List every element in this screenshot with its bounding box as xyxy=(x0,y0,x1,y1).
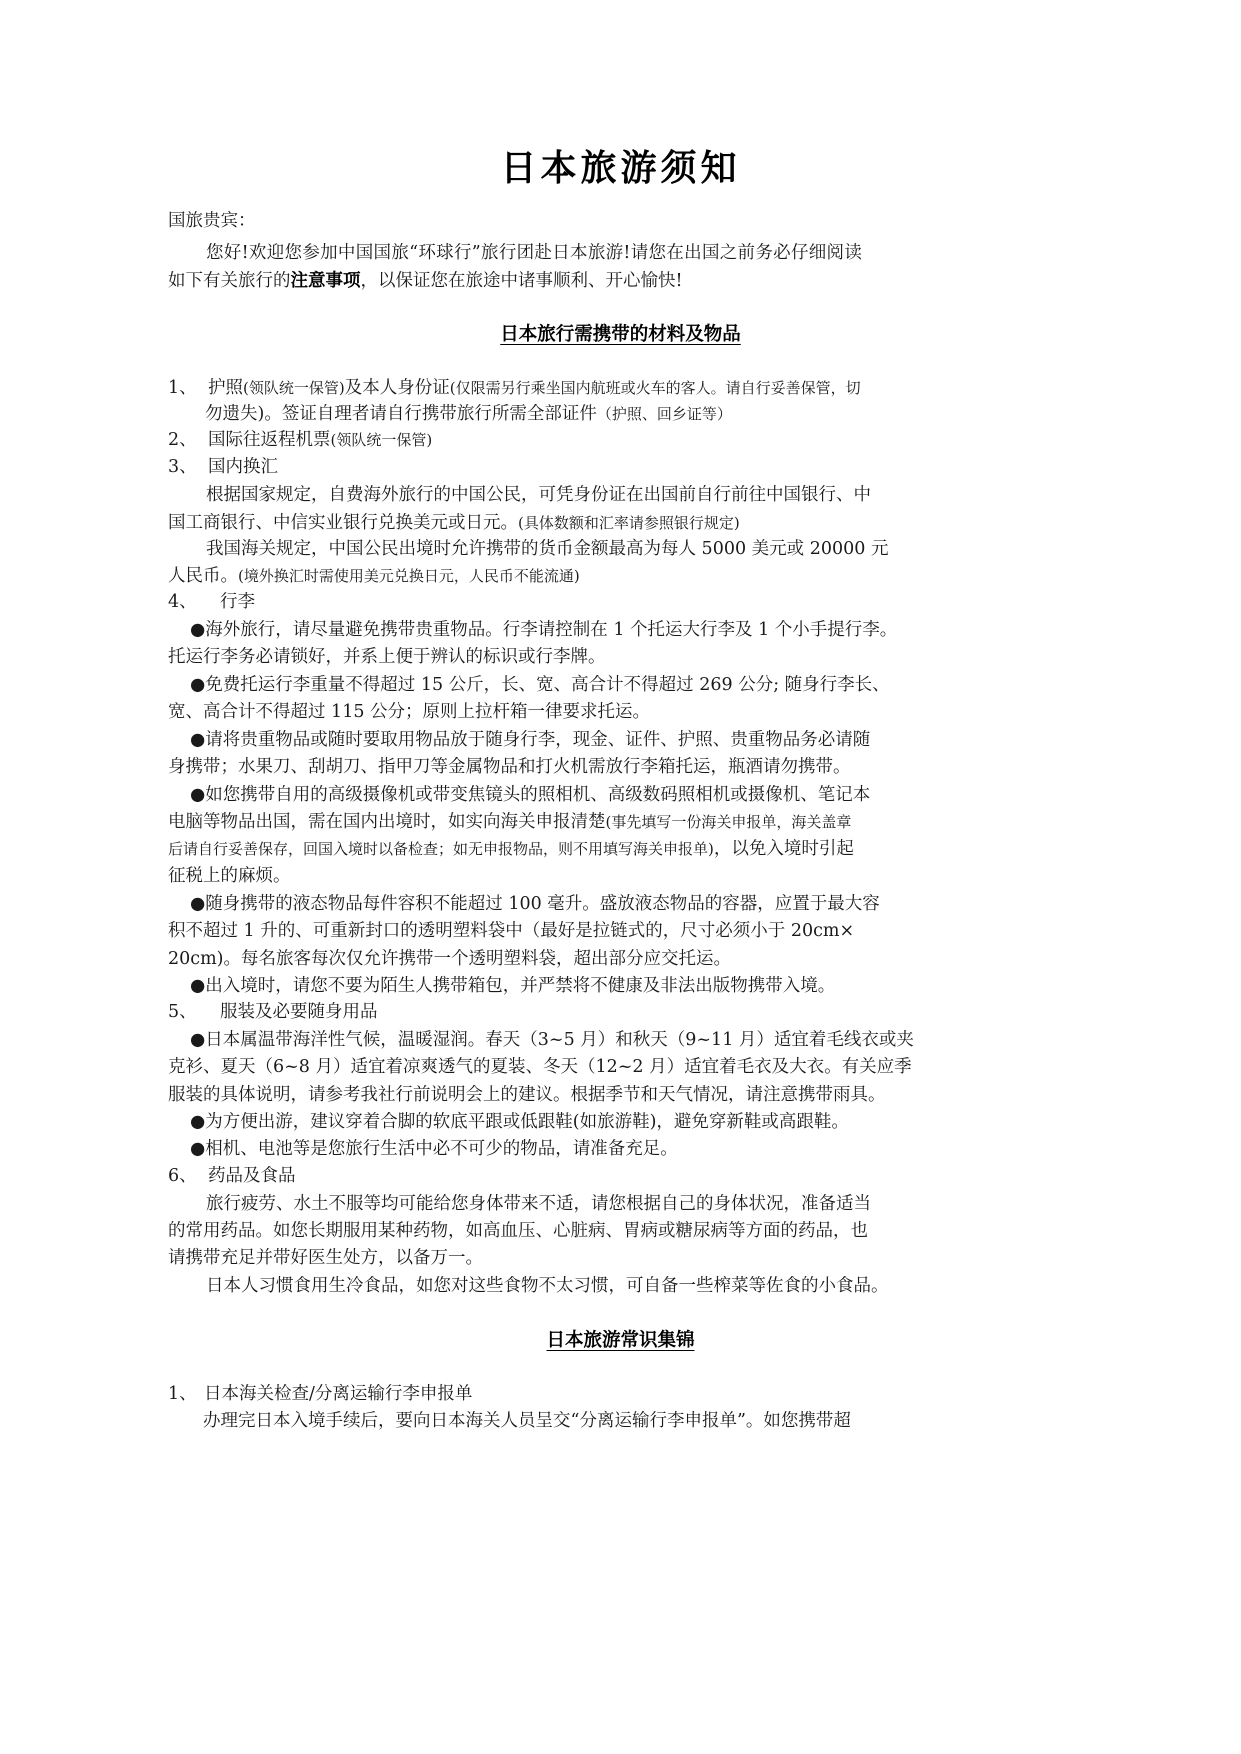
list-item-3: 3、国内换汇 xyxy=(168,453,278,481)
paragraph-line: 根据国家规定，自费海外旅行的中国公民，可凭身份证在出国前自行前往中国银行、中 xyxy=(206,481,871,509)
bullet-line: 宽、高合计不得超过 115 公分；原则上拉杆箱一律要求托运。 xyxy=(168,698,650,726)
bullet-line: 身携带；水果刀、刮胡刀、指甲刀等金属物品和打火机需放行李箱托运，瓶酒请勿携带。 xyxy=(168,753,851,781)
paragraph-line: 的常用药品。如您长期服用某种药物，如高血压、心脏病、胃病或糖尿病等方面的药品，也 xyxy=(168,1217,868,1245)
paragraph-line: 人民币。(境外换汇时需使用美元兑换日元，人民币不能流通) xyxy=(168,562,580,590)
bullet-line: 后请自行妥善保存，回国入境时以备检查；如无申报物品，则不用填写海关申报单)，以免… xyxy=(168,835,854,863)
bullet-text: ，以免入境时引起 xyxy=(714,839,854,859)
item-label: 日本海关检查/分离运输行李申报单 xyxy=(204,1384,472,1404)
item-number: 2、 xyxy=(168,426,208,454)
paragraph-line: 日本人习惯食用生冷食品，如您对这些食物不太习惯，可自备一些榨菜等佐食的小食品。 xyxy=(206,1272,889,1300)
item-label: 行李 xyxy=(220,592,255,612)
document-title: 日本旅游须知 xyxy=(0,140,1241,191)
bullet-line: ●如您携带自用的高级摄像机或带变焦镜头的照相机、高级数码照相机或摄像机、笔记本 xyxy=(190,781,870,809)
item-label: 国内换汇 xyxy=(208,457,278,477)
item-number: 4、 xyxy=(168,588,220,616)
paragraph-line: 国工商银行、中信实业银行兑换美元或日元。(具体数额和汇率请参照银行规定) xyxy=(168,509,740,537)
item-number: 6、 xyxy=(168,1162,208,1190)
item-text: 护照 xyxy=(208,378,243,398)
bullet-line: ●为方便出游，建议穿着合脚的软底平跟或低跟鞋(如旅游鞋)，避免穿新鞋或高跟鞋。 xyxy=(190,1108,849,1136)
list-item-6: 6、药品及食品 xyxy=(168,1162,296,1190)
bullet-line: ●日本属温带海洋性气候，温暖湿润。春天（3~5 月）和秋天（9~11 月）适宜着… xyxy=(190,1026,914,1054)
bullet-text: 电脑等物品出国，需在国内出境时，如实向海关申报清楚 xyxy=(168,812,606,832)
paragraph-line: 我国海关规定，中国公民出境时允许携带的货币金额最高为每人 5000 美元或 20… xyxy=(206,535,888,563)
document-page: 日本旅游须知 国旅贵宾： 您好!欢迎您参加中国国旅“环球行”旅行团赴日本旅游!请… xyxy=(0,0,1241,1754)
bullet-line: 服装的具体说明，请参考我社行前说明会上的建议。根据季节和天气情况，请注意携带雨具… xyxy=(168,1081,886,1109)
section-heading-materials: 日本旅行需携带的材料及物品 xyxy=(0,320,1241,346)
bullet-line: 托运行李务必请锁好，并系上便于辨认的标识或行李牌。 xyxy=(168,643,606,671)
item-note: (领队统一保管) xyxy=(331,431,433,449)
item-number: 3、 xyxy=(168,453,208,481)
bullet-line: 征税上的麻烦。 xyxy=(168,862,291,890)
intro-line-2: 如下有关旅行的注意事项，以保证您在旅途中诸事顺利、开心愉快! xyxy=(168,267,683,295)
item-number: 1、 xyxy=(168,1380,204,1408)
section-heading-text: 日本旅行需携带的材料及物品 xyxy=(500,324,741,345)
bullet-line: ●请将贵重物品或随时要取用物品放于随身行李，现金、证件、护照、贵重物品务必请随 xyxy=(190,726,870,754)
bullet-line: ●随身携带的液态物品每件容积不能超过 100 毫升。盛放液态物品的容器，应置于最… xyxy=(190,890,880,918)
item-note: (领队统一保管) xyxy=(243,379,345,397)
bullet-line: ●免费托运行李重量不得超过 15 公斤，长、宽、高合计不得超过 269 公分; … xyxy=(190,671,890,699)
bullet-line: 积不超过 1 升的、可重新封口的透明塑料袋中（最好是拉链式的，尺寸必须小于 20… xyxy=(168,917,854,945)
item-label: 药品及食品 xyxy=(208,1166,296,1186)
bullet-line: 20cm)。每名旅客每次仅允许携带一个透明塑料袋，超出部分应交托运。 xyxy=(168,945,731,973)
intro-text: 如下有关旅行的 xyxy=(168,271,291,291)
bullet-line: 电脑等物品出国，需在国内出境时，如实向海关申报清楚(事先填写一份海关申报单，海关… xyxy=(168,808,851,836)
bullet-line: ●出入境时，请您不要为陌生人携带箱包，并严禁将不健康及非法出版物携带入境。 xyxy=(190,972,835,1000)
section-heading-text: 日本旅游常识集锦 xyxy=(546,1330,694,1351)
paragraph-note: (境外换汇时需使用美元兑换日元，人民币不能流通) xyxy=(238,567,580,585)
list-item-1: 1、护照(领队统一保管)及本人身份证(仅限需另行乘坐国内航班或火车的客人。请自行… xyxy=(168,374,861,402)
intro-text: ，以保证您在旅途中诸事顺利、开心愉快! xyxy=(361,271,683,291)
salutation: 国旅贵宾： xyxy=(168,207,256,235)
bullet-note: 后请自行妥善保存，回国入境时以备检查；如无申报物品，则不用填写海关申报单) xyxy=(168,840,714,858)
tips-item-1: 1、日本海关检查/分离运输行李申报单 xyxy=(168,1380,472,1408)
item-text: 及本人身份证 xyxy=(345,378,450,398)
item-label: 服装及必要随身用品 xyxy=(220,1002,378,1022)
item-note: (仅限需另行乘坐国内航班或火车的客人。请自行妥善保管，切 xyxy=(450,379,861,397)
paragraph-text: 国工商银行、中信实业银行兑换美元或日元。 xyxy=(168,513,518,533)
intro-line-1: 您好!欢迎您参加中国国旅“环球行”旅行团赴日本旅游!请您在出国之前务必仔细阅读 xyxy=(206,239,862,267)
item-number: 1、 xyxy=(168,374,208,402)
list-item-5: 5、服装及必要随身用品 xyxy=(168,998,378,1026)
section-heading-tips: 日本旅游常识集锦 xyxy=(0,1326,1241,1352)
list-item-4: 4、行李 xyxy=(168,588,255,616)
paragraph-line: 办理完日本入境手续后，要向日本海关人员呈交“分离运输行李申报单”。如您携带超 xyxy=(203,1407,851,1435)
paragraph-note: (具体数额和汇率请参照银行规定) xyxy=(518,514,740,532)
bullet-note: (事先填写一份海关申报单，海关盖章 xyxy=(606,813,852,831)
paragraph-line: 旅行疲劳、水土不服等均可能给您身体带来不适，请您根据自己的身体状况，准备适当 xyxy=(206,1190,871,1218)
paragraph-text: 人民币。 xyxy=(168,566,238,586)
bullet-line: 克衫、夏天（6~8 月）适宜着凉爽透气的夏装、冬天（12~2 月）适宜着毛衣及大… xyxy=(168,1053,912,1081)
bullet-line: ●相机、电池等是您旅行生活中必不可少的物品，请准备充足。 xyxy=(190,1135,678,1163)
item-text: 国际往返程机票 xyxy=(208,430,331,450)
bullet-line: ●海外旅行，请尽量避免携带贵重物品。行李请控制在 1 个托运大行李及 1 个小手… xyxy=(190,616,897,644)
item-text: 勿遗失)。签证自理者请自行携带旅行所需全部证件 xyxy=(205,404,597,424)
item-note: （护照、回乡证等） xyxy=(597,405,732,423)
paragraph-line: 请携带充足并带好医生处方，以备万一。 xyxy=(168,1244,483,1272)
list-item-2: 2、国际往返程机票(领队统一保管) xyxy=(168,426,432,454)
item-number: 5、 xyxy=(168,998,220,1026)
intro-emphasis: 注意事项 xyxy=(291,271,361,291)
list-item-1-cont: 勿遗失)。签证自理者请自行携带旅行所需全部证件（护照、回乡证等） xyxy=(205,400,732,428)
